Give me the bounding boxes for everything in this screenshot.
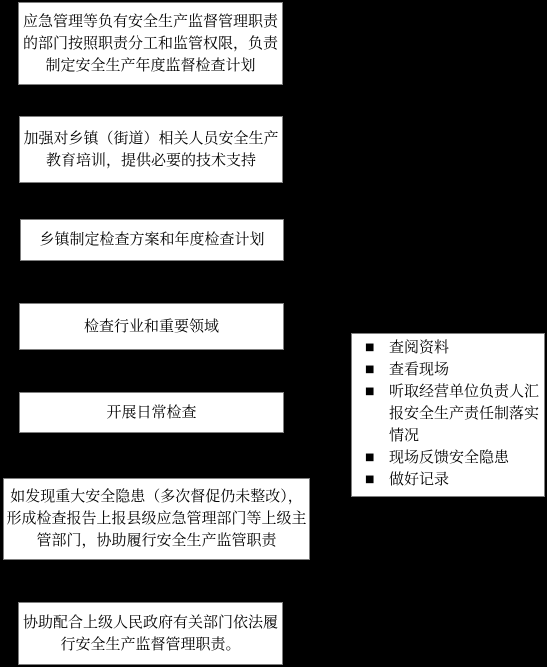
square-bullet-icon: ■: [365, 359, 389, 381]
checklist-item-text: 听取经营单位负责人汇报安全生产责任制落实情况: [389, 381, 540, 447]
flow-step-report-major-hazards: 如发现重大安全隐患（多次督促仍未整改）， 形成检查报告上报县级应急管理部门等上级…: [3, 478, 310, 560]
flow-step-line: 形成检查报告上报县级应急管理部门等上级主: [6, 508, 306, 530]
flow-step-training-support: 加强对乡镇（街道）相关人员安全生产 教育培训，提供必要的技术支持: [19, 116, 283, 183]
checklist-item: ■ 现场反馈安全隐患: [365, 447, 540, 469]
flow-step-line: 乡镇制定检查方案和年度检查计划: [39, 229, 264, 251]
flow-step-line: 教育培训，提供必要的技术支持: [46, 150, 256, 172]
checklist-item: ■ 查阅资料: [365, 337, 540, 359]
checklist-item-text: 查阅资料: [389, 337, 540, 359]
checklist-item-text: 查看现场: [389, 359, 540, 381]
square-bullet-icon: ■: [365, 447, 389, 469]
flow-step-line: 开展日常检查: [106, 402, 196, 424]
flow-step-line: 加强对乡镇（街道）相关人员安全生产: [23, 128, 278, 150]
flow-step-assist-supervision: 协助配合上级人民政府有关部门依法履 行安全生产监督管理职责。: [18, 602, 283, 665]
flow-step-line: 应急管理等负有安全生产监督管理职责: [23, 11, 278, 33]
flow-step-line: 的部门按照职责分工和监管权限，负责: [23, 33, 278, 55]
flow-step-daily-inspection: 开展日常检查: [19, 392, 284, 433]
square-bullet-icon: ■: [365, 337, 389, 359]
flowchart: 应急管理等负有安全生产监督管理职责 的部门按照职责分工和监管权限，负责 制定安全…: [0, 0, 547, 667]
flow-step-annual-plan: 应急管理等负有安全生产监督管理职责 的部门按照职责分工和监管权限，负责 制定安全…: [18, 2, 283, 85]
flow-step-line: 协助配合上级人民政府有关部门依法履: [23, 612, 278, 634]
checklist-item: ■ 做好记录: [365, 469, 540, 491]
flow-step-line: 管部门，协助履行安全生产监管职责: [36, 530, 276, 552]
checklist-item: ■ 听取经营单位负责人汇报安全生产责任制落实情况: [365, 381, 540, 447]
checklist-item-text: 现场反馈安全隐患: [389, 447, 540, 469]
flow-step-line: 检查行业和重要领域: [84, 316, 219, 338]
checklist-item: ■ 查看现场: [365, 359, 540, 381]
checklist-item-text: 做好记录: [389, 469, 540, 491]
flow-step-inspect-industries: 检查行业和重要领域: [19, 303, 284, 350]
flow-step-township-plan: 乡镇制定检查方案和年度检查计划: [20, 219, 284, 261]
inspection-methods-checklist: ■ 查阅资料 ■ 查看现场 ■ 听取经营单位负责人汇报安全生产责任制落实情况 ■…: [351, 333, 545, 497]
square-bullet-icon: ■: [365, 469, 389, 491]
flow-step-line: 如发现重大安全隐患（多次督促仍未整改），: [10, 486, 303, 508]
flow-step-line: 制定安全生产年度监督检查计划: [45, 55, 255, 77]
flow-step-line: 行安全生产监督管理职责。: [60, 634, 240, 656]
square-bullet-icon: ■: [365, 381, 389, 403]
